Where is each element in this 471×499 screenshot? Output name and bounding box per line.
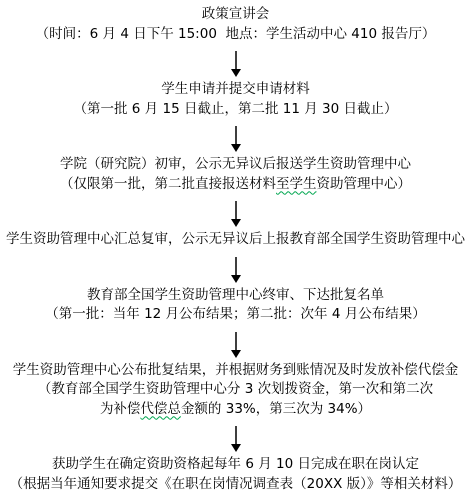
step-text: 学生资助管理中心汇总复审，公示无异议后上报教育部全国学生资助管理中心 [6,231,465,247]
step-line: 学院（研究院）初审，公示无异议后报送学生资助管理中心 [0,155,471,175]
step-text: 获助学生在确定资助资格起每年 6 月 10 日完成在职在岗认定 [52,456,419,472]
step-line: （第一批 6 月 15 日截止，第二批 11 月 30 日截止） [0,100,471,120]
step-text: （仅限第一批，第二批直接报送材料 [60,176,276,192]
step-line: 教育部全国学生资助管理中心终审、下达批复名单 [0,286,471,306]
down-arrow-head [231,444,241,452]
down-arrow-shaft [235,426,237,444]
down-arrow-icon [231,332,241,358]
step-line: 学生资助管理中心汇总复审，公示无异议后上报教育部全国学生资助管理中心 [0,230,471,250]
down-arrow-shaft [235,126,237,144]
step-text: （第一批：当年 12 月公布结果；第二批：次年 4 月公布结果） [45,306,425,322]
step-student-application: 学生申请并提交申请材料（第一批 6 月 15 日截止，第二批 11 月 30 日… [0,80,471,119]
down-arrow-icon [231,51,241,77]
step-text: 金额的 33%，第三次为 34%） [181,401,371,417]
step-announce-and-disburse: 学生资助管理中心公布批复结果，并根据财务到账情况及时发放补偿代偿金（教育部全国学… [0,361,471,420]
down-arrow-head [231,275,241,283]
misspell-squiggle-text: 至学生 [276,176,317,192]
step-line: （根据当年通知要求提交《在职在岗情况调查表（20XX 版）》等相关材料） [0,475,471,495]
step-text: 学院（研究院）初审，公示无异议后报送学生资助管理中心 [60,156,411,172]
down-arrow-icon [231,201,241,227]
step-text: （根据当年通知要求提交《在职在岗情况调查表（20XX 版）》等相关材料） [10,476,462,492]
down-arrow-shaft [235,332,237,350]
flowchart: 政策宣讲会（时间：6 月 4 日下午 15:00 地点：学生活动中心 410 报… [0,0,471,494]
down-arrow-icon [231,257,241,283]
step-line: （教育部全国学生资助管理中心分 3 次划拨资金，第一次和第二次 [0,380,471,400]
step-text: （时间：6 月 4 日下午 15:00 地点：学生活动中心 410 报告厅） [36,26,436,42]
step-text: 资助管理中心） [317,176,412,192]
step-text: 学生资助管理中心公布批复结果，并根据财务到账情况及时发放补偿代偿金 [13,362,459,378]
down-arrow-icon [231,426,241,452]
step-text: 学生申请并提交申请材料 [161,81,310,97]
step-text: （教育部全国学生资助管理中心分 3 次划拨资金，第一次和第二次 [38,381,433,397]
step-line: 获助学生在确定资助资格起每年 6 月 10 日完成在职在岗认定 [0,455,471,475]
step-text: 为补偿 [100,401,141,417]
step-college-initial-review: 学院（研究院）初审，公示无异议后报送学生资助管理中心（仅限第一批，第二批直接报送… [0,155,471,194]
step-line: 学生资助管理中心公布批复结果，并根据财务到账情况及时发放补偿代偿金 [0,361,471,381]
step-line: 为补偿代偿总金额的 33%，第三次为 34%） [0,400,471,420]
step-policy-briefing: 政策宣讲会（时间：6 月 4 日下午 15:00 地点：学生活动中心 410 报… [0,5,471,44]
step-text: （第一批 6 月 15 日截止，第二批 11 月 30 日截止） [74,101,398,117]
misspell-squiggle-text: 代偿总 [140,401,181,417]
step-center-recheck: 学生资助管理中心汇总复审，公示无异议后上报教育部全国学生资助管理中心 [0,230,471,250]
down-arrow-head [231,144,241,152]
down-arrow-icon [231,126,241,152]
step-line: （仅限第一批，第二批直接报送材料至学生资助管理中心） [0,175,471,195]
down-arrow-head [231,350,241,358]
step-text: 政策宣讲会 [202,6,270,22]
down-arrow-shaft [235,257,237,275]
down-arrow-shaft [235,201,237,219]
step-line: 政策宣讲会 [0,5,471,25]
step-text: 教育部全国学生资助管理中心终审、下达批复名单 [87,287,384,303]
down-arrow-shaft [235,51,237,69]
step-line: （第一批：当年 12 月公布结果；第二批：次年 4 月公布结果） [0,305,471,325]
step-ministry-final-review: 教育部全国学生资助管理中心终审、下达批复名单（第一批：当年 12 月公布结果；第… [0,286,471,325]
step-line: （时间：6 月 4 日下午 15:00 地点：学生活动中心 410 报告厅） [0,25,471,45]
down-arrow-head [231,69,241,77]
down-arrow-head [231,219,241,227]
step-annual-verification: 获助学生在确定资助资格起每年 6 月 10 日完成在职在岗认定（根据当年通知要求… [0,455,471,494]
step-line: 学生申请并提交申请材料 [0,80,471,100]
